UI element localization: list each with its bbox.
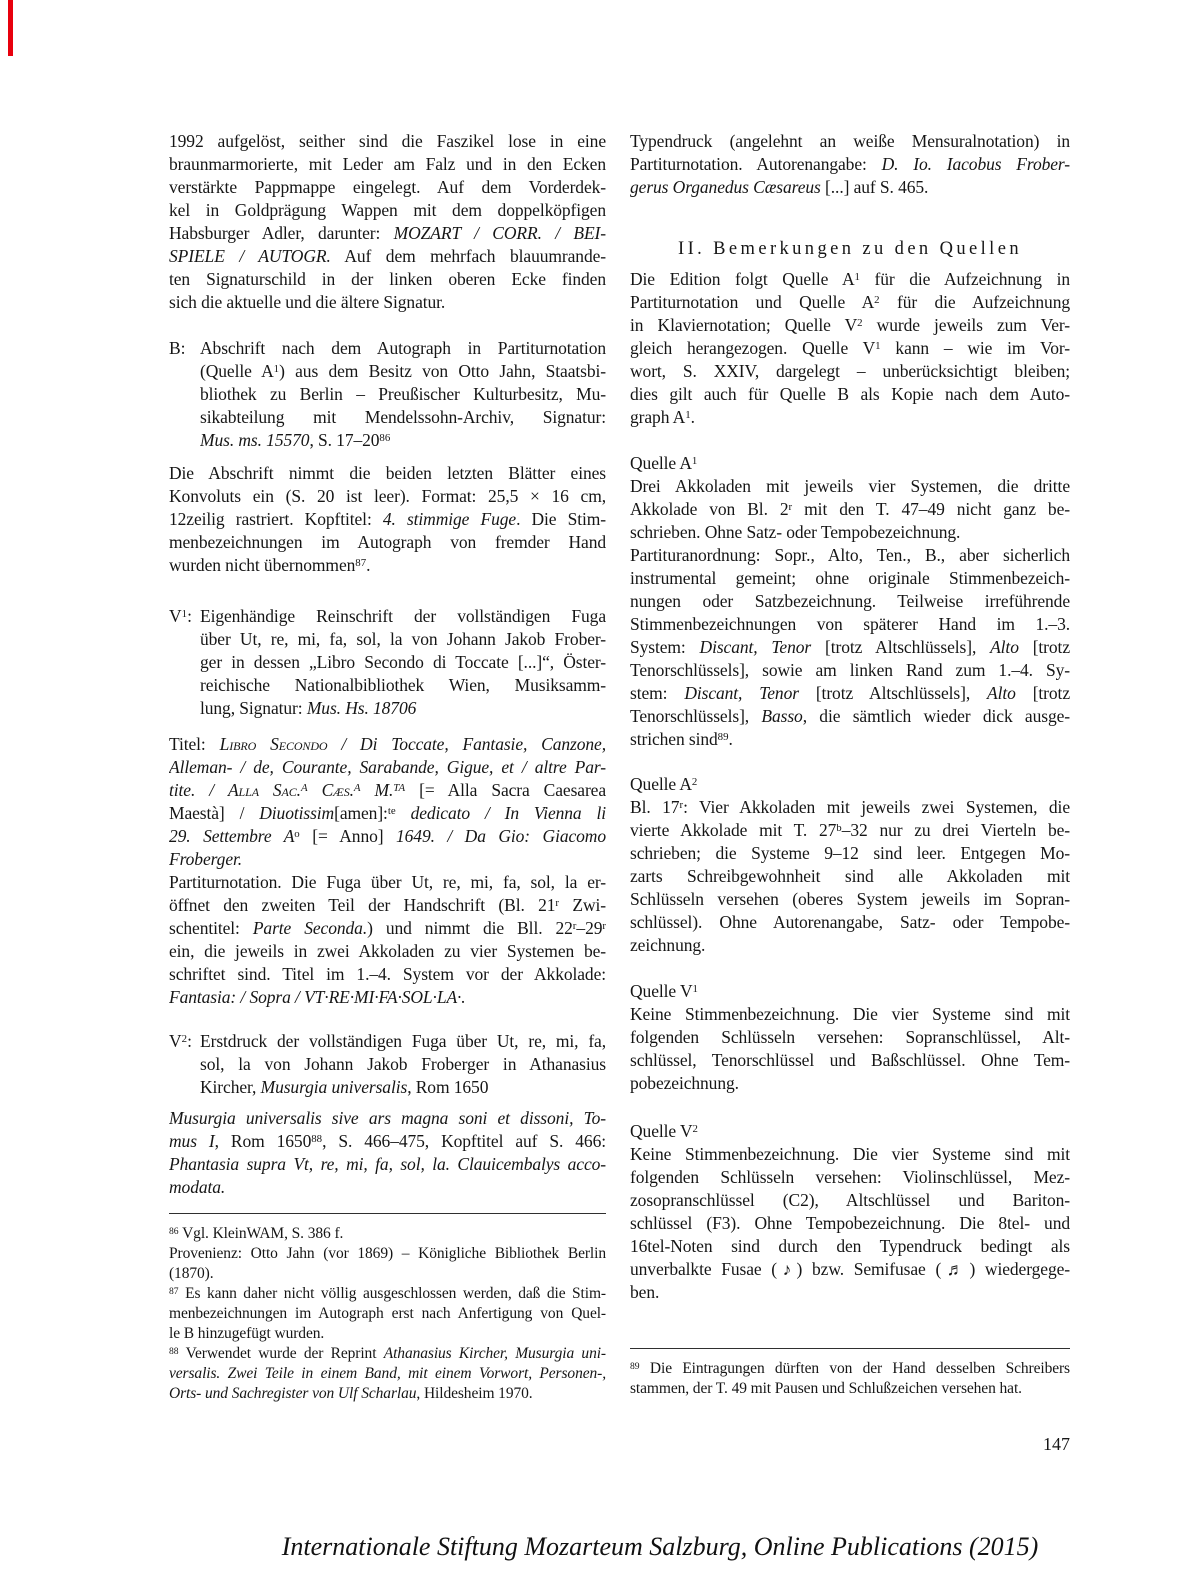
text-line: Quelle A1 (630, 452, 1070, 475)
text-line: ten Signaturschild in der linken oberen … (169, 268, 606, 291)
text-line: Partiturnotation. Autorenangabe: D. Io. … (630, 153, 1070, 176)
text-line: Konvoluts ein (S. 20 ist leer). Format: … (169, 485, 606, 508)
text-line: ben. (630, 1281, 1070, 1304)
text-line: sikabteilung mit Mendelssohn-Archiv, Sig… (200, 406, 606, 429)
text-line: 16tel-Noten sind durch den Typendruck be… (630, 1235, 1070, 1258)
text-line: Eigenhändige Reinschrift der vollständig… (200, 605, 606, 628)
text-line: tite. / Alla Sac.A Cæs.A M.TA [= Alla Sa… (169, 779, 606, 802)
text-line: instrumental gemeint; ohne originale Sti… (630, 567, 1070, 590)
text-line: Mus. ms. 15570, S. 17–2086 (200, 429, 606, 452)
text-line: Kircher, Musurgia universalis, Rom 1650 (200, 1076, 606, 1099)
text-line: gleich herangezogen. Quelle V1 kann – wi… (630, 337, 1070, 360)
text-line: öffnet den zweiten Teil der Handschrift … (169, 894, 606, 917)
text-line: Phantasia supra Vt, re, mi, fa, sol, la.… (169, 1153, 606, 1176)
text-line: Erstdruck der vollständigen Fuga über Ut… (200, 1030, 606, 1053)
paragraph: Keine Stimmenbezeichnung. Die vier Syste… (630, 1003, 1070, 1095)
text-line: Quelle V2 (630, 1120, 1070, 1143)
text-line: wurden nicht übernommen87. (169, 554, 606, 577)
text-line: stem: Discant, Tenor [trotz Altschlüssel… (630, 682, 1070, 705)
text-line: schlüssel). Ohne Autorenangabe, Satz- od… (630, 911, 1070, 934)
text-line: Die Edition folgt Quelle A1 für die Aufz… (630, 268, 1070, 291)
text-line: bliothek zu Berlin – Preußischer Kulturb… (200, 383, 606, 406)
section-heading: II. Bemerkungen zu den Quellen (630, 238, 1070, 261)
paragraph: V2:Erstdruck der vollständigen Fuga über… (169, 1030, 606, 1099)
text-line: in Klaviernotation; Quelle V2 wurde jewe… (630, 314, 1070, 337)
text-line: gerus Organedus Cæsareus [...] auf S. 46… (630, 176, 1070, 199)
text-line: sol, la von Johann Jakob Froberger in At… (200, 1053, 606, 1076)
footer-credit: Internationale Stiftung Mozarteum Salzbu… (170, 1532, 1150, 1562)
footnotes: 89 Die Eintragungen dürften von der Hand… (630, 1359, 1070, 1399)
text-line: strichen sind89. (630, 728, 1070, 751)
text-line: verstärkte Pappmappe eingelegt. Auf dem … (169, 176, 606, 199)
text-line: schrieben. Ohne Satz- oder Tempobezeichn… (630, 521, 1070, 544)
text-line: schentitel: Parte Seconda.) und nimmt di… (169, 917, 606, 940)
text-line: Keine Stimmenbezeichnung. Die vier Syste… (630, 1143, 1070, 1166)
text-line: Quelle V1 (630, 980, 1070, 1003)
text-line: zosopranschlüssel (C2), Altschlüssel und… (630, 1189, 1070, 1212)
text-line: (1870). (169, 1264, 606, 1284)
text-line: folgenden Schlüsseln versehen: Sopransch… (630, 1026, 1070, 1049)
text-line: 12zeilig rastriert. Kopftitel: 4. stimmi… (169, 508, 606, 531)
text-line: II. Bemerkungen zu den Quellen (630, 238, 1070, 261)
text-line: Stimmenbezeichnungen von späterer Hand i… (630, 613, 1070, 636)
text-line: menbezeichnungen im Autograph von fremde… (169, 531, 606, 554)
text-line: Keine Stimmenbezeichnung. Die vier Syste… (630, 1003, 1070, 1026)
text-line: versalis. Zwei Teile in einem Band, mit … (169, 1364, 606, 1384)
text-line: Fantasia: / Sopra / VT·RE·MI·FA·SOL·LA·. (169, 986, 606, 1009)
paragraph: Drei Akkoladen mit jeweils vier Systemen… (630, 475, 1070, 751)
text-line: Bl. 17r: Vier Akkoladen mit jeweils zwei… (630, 796, 1070, 819)
text-line: folgenden Schlüsseln versehen: Violinsch… (630, 1166, 1070, 1189)
text-line: reichische Nationalbibliothek Wien, Musi… (200, 674, 606, 697)
text-line: Orts- und Sachregister von Ulf Scharlau,… (169, 1384, 606, 1404)
text-line: ein, die jeweils in zwei Akkoladen zu vi… (169, 940, 606, 963)
red-scan-mark (8, 0, 13, 56)
paragraph: Musurgia universalis sive ars magna soni… (169, 1107, 606, 1199)
paragraph: Typendruck (angelehnt an weiße Mensuraln… (630, 130, 1070, 199)
text-line: zeichnung. (630, 934, 1070, 957)
text-line: schlüssel, Tenorschlüssel und Baßschlüss… (630, 1049, 1070, 1072)
text-line: 87 Es kann daher nicht völlig ausgeschlo… (169, 1284, 606, 1304)
text-line: Tenorschlüssels], Basso, die sämtlich wi… (630, 705, 1070, 728)
footnote-rule (630, 1348, 1070, 1349)
text-line: System: Discant, Tenor [trotz Altschlüss… (630, 636, 1070, 659)
footnotes: 86 Vgl. KleinWAM, S. 386 f.Provenienz: O… (169, 1224, 606, 1404)
text-line: Abschrift nach dem Autograph in Partitur… (200, 337, 606, 360)
text-line: schrieben; die Systeme 9–12 sind leer. E… (630, 842, 1070, 865)
paragraph: Keine Stimmenbezeichnung. Die vier Syste… (630, 1143, 1070, 1304)
text-line: 89 Die Eintragungen dürften von der Hand… (630, 1359, 1070, 1379)
item-label: V1: (169, 605, 192, 631)
page-number: 147 (630, 1434, 1070, 1455)
text-line: Provenienz: Otto Jahn (vor 1869) – König… (169, 1244, 606, 1264)
text-line: le B hinzugefügt wurden. (169, 1324, 606, 1344)
right-column: Typendruck (angelehnt an weiße Mensuraln… (630, 130, 1070, 1399)
section-heading: Quelle V2 (630, 1120, 1070, 1143)
text-line: kel in Goldprägung Wappen mit dem doppel… (169, 199, 606, 222)
text-line: Alleman- / de, Courante, Sarabande, Gigu… (169, 756, 606, 779)
text-line: Froberger. (169, 848, 606, 871)
paragraph: Die Edition folgt Quelle A1 für die Aufz… (630, 268, 1070, 429)
text-line: lung, Signatur: Mus. Hs. 18706 (200, 697, 606, 720)
text-line: Tenorschlüssels], sowie am linken Rand z… (630, 659, 1070, 682)
text-line: schlüssel (F3). Ohne Tempobezeichnung. D… (630, 1212, 1070, 1235)
text-line: Maestà] / Diuotissim[amen]:te dedicato /… (169, 802, 606, 825)
text-line: Titel: Libro Secondo / Di Toccate, Fanta… (169, 733, 606, 756)
text-line: Musurgia universalis sive ars magna soni… (169, 1107, 606, 1130)
text-line: unverbalkte Fusae (♪) bzw. Semifusae (♬)… (630, 1258, 1070, 1281)
text-line: Drei Akkoladen mit jeweils vier Systemen… (630, 475, 1070, 498)
paragraph: B:Abschrift nach dem Autograph in Partit… (169, 337, 606, 452)
text-line: Schlüsseln versehen (oberes System jewei… (630, 888, 1070, 911)
text-line: Partituranordnung: Sopr., Alto, Ten., B.… (630, 544, 1070, 567)
text-line: Partiturnotation und Quelle A2 für die A… (630, 291, 1070, 314)
text-line: nungen oder Satzbezeichnung. Teilweise i… (630, 590, 1070, 613)
text-line: Die Abschrift nimmt die beiden letzten B… (169, 462, 606, 485)
text-line: menbezeichnungen im Autograph erst nach … (169, 1304, 606, 1324)
text-line: dies gilt auch für Quelle B als Kopie na… (630, 383, 1070, 406)
text-line: Akkolade von Bl. 2r mit den T. 47–49 nic… (630, 498, 1070, 521)
paragraph: V1:Eigenhändige Reinschrift der vollstän… (169, 605, 606, 720)
section-heading: Quelle A2 (630, 773, 1070, 796)
text-line: sich die aktuelle und die ältere Signatu… (169, 291, 606, 314)
text-line: 86 Vgl. KleinWAM, S. 386 f. (169, 1224, 606, 1244)
text-line: Quelle A2 (630, 773, 1070, 796)
text-line: über Ut, re, mi, fa, sol, la von Johann … (200, 628, 606, 651)
footnote-rule (169, 1213, 606, 1214)
section-heading: Quelle V1 (630, 980, 1070, 1003)
item-label: B: (169, 337, 186, 360)
text-line: Habsburger Adler, darunter: MOZART / COR… (169, 222, 606, 245)
text-line: schriftet sind. Titel im 1.–4. System vo… (169, 963, 606, 986)
text-line: wort, S. XXIV, dargelegt – unberücksicht… (630, 360, 1070, 383)
text-line: modata. (169, 1176, 606, 1199)
paragraph: 1992 aufgelöst, seither sind die Faszike… (169, 130, 606, 314)
text-line: Typendruck (angelehnt an weiße Mensuraln… (630, 130, 1070, 153)
text-line: braunmarmorierte, mit Leder am Falz und … (169, 153, 606, 176)
text-line: Partiturnotation. Die Fuga über Ut, re, … (169, 871, 606, 894)
text-line: zarts Schreibgewohnheit sind alle Akkola… (630, 865, 1070, 888)
paragraph: Die Abschrift nimmt die beiden letzten B… (169, 462, 606, 577)
text-line: stammen, der T. 49 mit Pausen und Schluß… (630, 1379, 1070, 1399)
left-column: 1992 aufgelöst, seither sind die Faszike… (169, 130, 606, 1404)
text-line: vierte Akkolade mit T. 27b–32 nur zu dre… (630, 819, 1070, 842)
item-label: V2: (169, 1030, 192, 1056)
text-line: 29. Settembre Ao [= Anno] 1649. / Da Gio… (169, 825, 606, 848)
text-line: 88 Verwendet wurde der Reprint Athanasiu… (169, 1344, 606, 1364)
section-heading: Quelle A1 (630, 452, 1070, 475)
text-line: ger in dessen „Libro Secondo di Toccate … (200, 651, 606, 674)
text-line: pobezeichnung. (630, 1072, 1070, 1095)
document-page: 1992 aufgelöst, seither sind die Faszike… (0, 0, 1200, 1580)
paragraph: Titel: Libro Secondo / Di Toccate, Fanta… (169, 733, 606, 1009)
text-line: mus I, Rom 165088, S. 466–475, Kopftitel… (169, 1130, 606, 1153)
text-line: SPIELE / AUTOGR. Auf dem mehrfach blauum… (169, 245, 606, 268)
paragraph: Bl. 17r: Vier Akkoladen mit jeweils zwei… (630, 796, 1070, 957)
text-line: (Quelle A1) aus dem Besitz von Otto Jahn… (200, 360, 606, 383)
text-line: 1992 aufgelöst, seither sind die Faszike… (169, 130, 606, 153)
text-line: graph A1. (630, 406, 1070, 429)
